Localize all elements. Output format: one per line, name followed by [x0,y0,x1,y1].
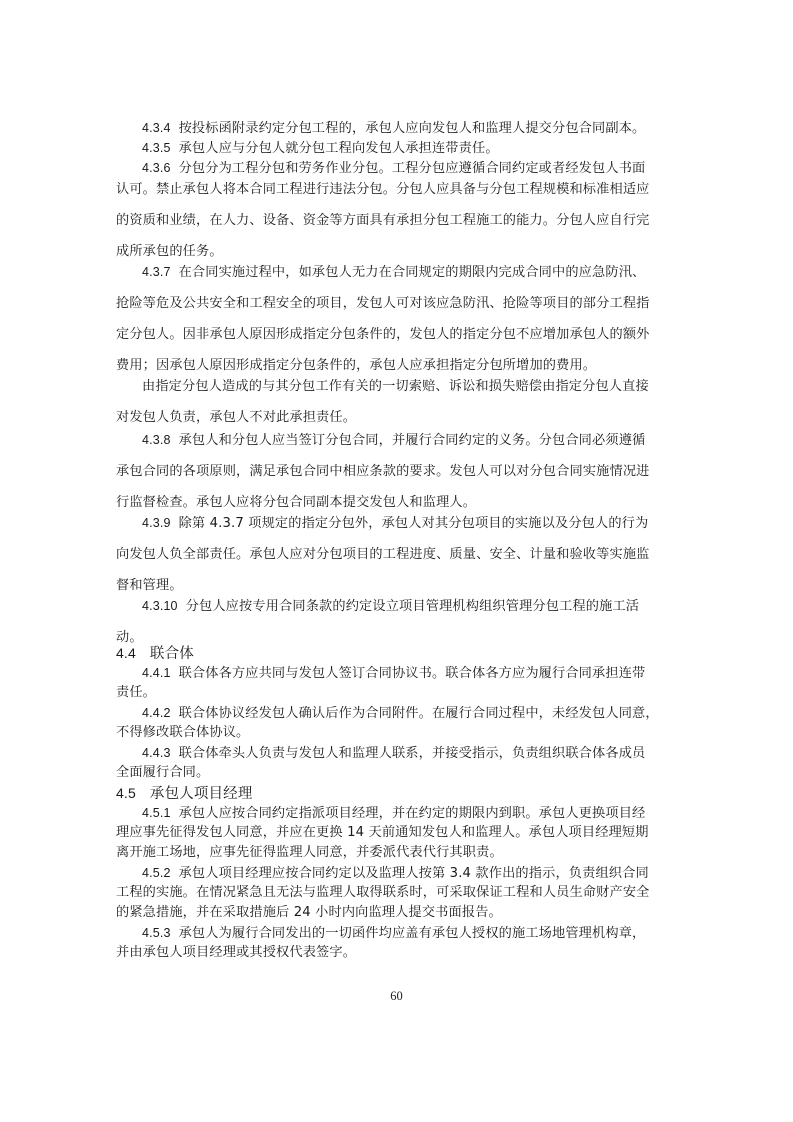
clause-text: 工程的实施。在情况紧急且无法与监理人取得联系时，可采取保证工程和人员生命财产安全 [116,883,678,903]
clause-number: 4.3.5 [142,141,171,155]
section-title: 承包人项目经理 [150,786,253,802]
document-page: 4.3.4按投标函附录约定分包工程的，承包人应向发包人和监理人提交分包合同副本。… [0,0,793,1122]
clause-text: 分包人应按专用合同条款的约定设立项目管理机构组织管理分包工程的施工活 [186,599,639,614]
clause-4-5-2: 4.5.2承包人项目经理应按合同约定以及监理人按第 3.4 款作出的指示，负责组… [116,863,678,923]
clause-text: 定分包人。因非承包人原因形成指定分包条件的，发包人的指定分包不应增加承包人的额外 [116,319,678,350]
clause-number: 4.3.9 [142,516,171,530]
clause-number: 4.3.10 [142,599,178,613]
clause-text: 抢险等危及公共安全和工程安全的项目，发包人可对该应急防汛、抢险等项目的部分工程指 [116,288,678,319]
clause-text: 并由承包人项目经理或其授权代表签字。 [116,943,678,963]
clause-text: 认可。禁止承包人将本合同工程进行违法分包。分包人应具备与分包工程规模和标准相适应 [116,174,678,205]
clause-text: 联合体各方应共同与发包人签订合同协议书。联合体各方应为履行合同承担连带 [179,666,646,681]
clause-text: 承包合同的各项原则，满足承包合同中相应条款的要求。发包人可以对分包合同实施情况进 [116,456,678,487]
clause-number: 4.4.1 [142,666,171,680]
clause-4-3-4: 4.3.4按投标函附录约定分包工程的，承包人应向发包人和监理人提交分包合同副本。 [116,118,678,138]
clause-number: 4.3.6 [142,161,171,175]
clause-4-3-5: 4.3.5承包人应与分包人就分包工程向发包人承担连带责任。 [116,138,678,158]
clause-number: 4.5.2 [142,866,171,880]
clause-text: 的资质和业绩，在人力、设备、资金等方面具有承担分包工程施工的能力。分包人应自行完 [116,205,678,236]
clause-text: 的紧急措施，并在采取措施后 24 小时内向监理人提交书面报告。 [116,903,678,923]
paragraph-designated-subcontractor: 由指定分包人造成的与其分包工作有关的一切索赔、诉讼和损失赔偿由指定分包人直接 对… [116,371,678,433]
section-heading-4-4: 4.4联合体 [116,643,678,663]
clause-text: 承包人为履行合同发出的一切函件均应盖有承包人授权的施工场地管理机构章， [179,926,646,941]
page-number: 60 [0,989,793,1004]
clause-4-5-3: 4.5.3承包人为履行合同发出的一切函件均应盖有承包人授权的施工场地管理机构章，… [116,923,678,963]
clause-text: 全面履行合同。 [116,763,678,783]
clause-4-4-3: 4.4.3联合体牵头人负责与发包人和监理人联系，并接受指示，负责组织联合体各成员… [116,743,678,783]
clause-text: 承包人应与分包人就分包工程向发包人承担连带责任。 [179,141,499,156]
clause-4-3-8: 4.3.8承包人和分包人应当签订分包合同，并履行合同约定的义务。分包合同必须遵循… [116,425,678,518]
clause-text: 向发包人负全部责任。承包人应对分包项目的工程进度、质量、安全、计量和验收等实施监 [116,539,678,570]
clause-text: 理应事先征得发包人同意，并应在更换 14 天前通知发包人和监理人。承包人项目经理… [116,823,678,843]
clause-text: 承包人项目经理应按合同约定以及监理人按第 3.4 款作出的指示，负责组织合同 [179,866,649,881]
clause-number: 4.3.4 [142,121,171,135]
clause-number: 4.3.7 [142,265,171,279]
clause-4-4-2: 4.4.2联合体协议经发包人确认后作为合同附件。在履行合同过程中，未经发包人同意… [116,703,678,743]
clause-4-3-7: 4.3.7在合同实施过程中，如承包人无力在合同规定的期限内完成合同中的应急防汛、… [116,257,678,381]
clause-4-4-1: 4.4.1联合体各方应共同与发包人签订合同协议书。联合体各方应为履行合同承担连带… [116,663,678,703]
clause-number: 4.4.2 [142,706,171,720]
clause-4-5-1: 4.5.1承包人应按合同约定指派项目经理，并在约定的期限内到职。承包人更换项目经… [116,803,678,863]
paragraph-text: 由指定分包人造成的与其分包工作有关的一切索赔、诉讼和损失赔偿由指定分包人直接 [116,371,678,402]
section-number: 4.4 [116,645,136,661]
clause-number: 4.5.3 [142,926,171,940]
section-heading-4-5: 4.5承包人项目经理 [116,783,678,803]
clause-text: 承包人和分包人应当签订分包合同，并履行合同约定的义务。分包合同必须遵循 [179,433,646,448]
clause-number: 4.5.1 [142,806,171,820]
clause-number: 4.4.3 [142,746,171,760]
section-number: 4.5 [116,785,136,801]
clause-number: 4.3.8 [142,433,171,447]
clause-text: 按投标函附录约定分包工程的，承包人应向发包人和监理人提交分包合同副本。 [179,121,646,136]
clause-text: 不得修改联合体协议。 [116,723,678,743]
clause-text: 除第 4.3.7 项规定的指定分包外，承包人对其分包项目的实施以及分包人的行为 [179,516,649,531]
clause-4-3-9: 4.3.9除第 4.3.7 项规定的指定分包外，承包人对其分包项目的实施以及分包… [116,508,678,601]
clause-text: 离开施工场地，应事先征得监理人同意，并委派代表代行其职责。 [116,843,678,863]
section-title: 联合体 [150,646,194,662]
clause-text: 联合体牵头人负责与发包人和监理人联系，并接受指示，负责组织联合体各成员 [179,746,646,761]
clause-text: 联合体协议经发包人确认后作为合同附件。在履行合同过程中，未经发包人同意， [179,706,659,721]
clause-text: 在合同实施过程中，如承包人无力在合同规定的期限内完成合同中的应急防汛、 [179,265,646,280]
clause-text: 承包人应按合同约定指派项目经理，并在约定的期限内到职。承包人更换项目经 [179,806,646,821]
clause-4-3-6: 4.3.6分包分为工程分包和劳务作业分包。工程分包应遵循合同约定或者经发包人书面… [116,158,678,267]
clause-text: 责任。 [116,683,678,703]
